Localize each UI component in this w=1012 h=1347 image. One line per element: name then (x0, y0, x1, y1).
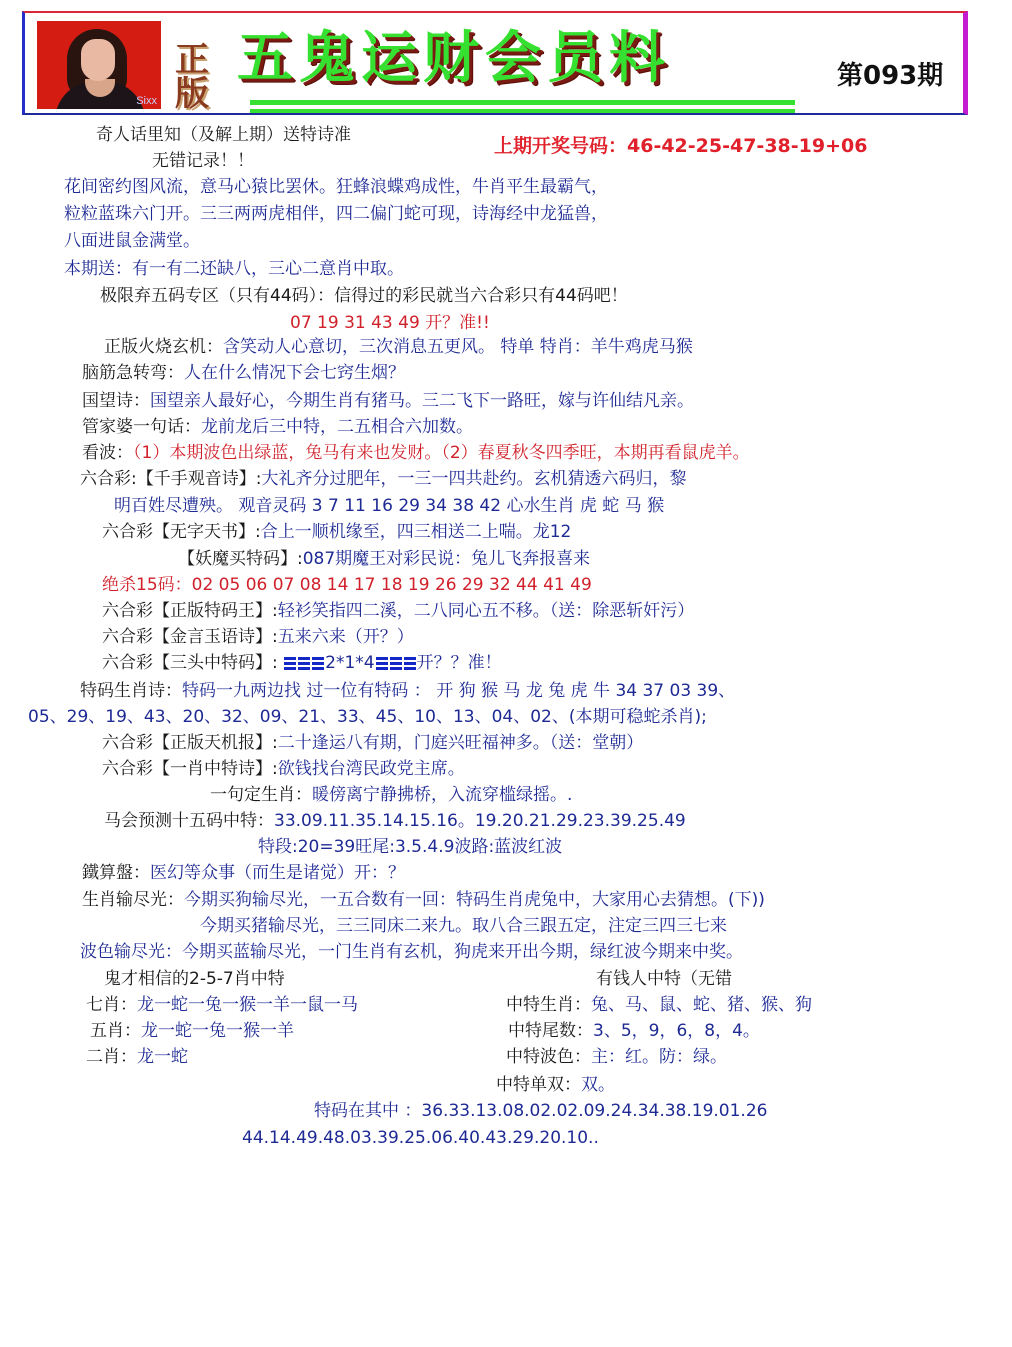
bar-glyph-icon (283, 652, 325, 674)
last-draw-numbers: 46-42-25-47-38-19+06 (627, 135, 867, 157)
poem-line-3: 八面进鼠金满堂。 (64, 230, 200, 252)
left-block-row: 五肖：龙一蛇一兔一猴一羊 (90, 1020, 294, 1042)
shuxiao-row-2: 今期买猪输尽光，三三同床二来九。取八合三跟五定，注定三四三七来 (200, 915, 727, 937)
wuzi-row: 六合彩【无字天书】:合上一顺机缘至，四三相送二上喘。龙12 (102, 521, 571, 543)
yiju-row: 一句定生肖：暖傍离宁静拂桥，入流穿槛绿摇。. (210, 784, 572, 806)
mahui-row: 马会预测十五码中特：33.09.11.35.14.15.16。19.20.21.… (104, 810, 686, 832)
page-title: 五鬼运财会员料 (237, 27, 671, 91)
bar-glyph-icon (375, 652, 417, 674)
santou-row: 六合彩【三头中特码】: 2*1*4开？？准！ (102, 652, 502, 674)
zheng-ban-mark: 正版 (175, 43, 225, 113)
tema-wang-row: 六合彩【正版特码王】:轻衫笑指四二溪，二八同心五不移。（送：除恶斩奸污） (102, 600, 694, 622)
guowang-row: 国望诗：国望亲人最好心，今期生肖有猪马。三二飞下一路旺，嫁与许仙结凡亲。 (82, 390, 694, 412)
yixiao-row: 六合彩【一肖中特诗】:欲钱找台湾民政党主席。 (102, 758, 465, 780)
poem-line-1: 花间密约图风流，意马心猿比罢休。狂蜂浪蝶鸡成性，牛肖平生最霸气， (64, 176, 608, 198)
naojin-row: 脑筋急转弯：人在什么情况下会七窍生烟？ (82, 362, 405, 384)
bose-row: 波色输尽光：今期买蓝输尽光，一门生肖有玄机，狗虎来开出今期，绿红波今期来中奖。 (80, 941, 743, 963)
right-block-row: 中特波色：主：红。防：绿。 (506, 1046, 727, 1068)
huoshao-row: 正版火烧玄机：含笑动人心意切，三次消息五更风。 特单 特肖：羊牛鸡虎马猴 (104, 336, 693, 358)
send-label: 本期送： (64, 259, 132, 279)
last-draw: 上期开奖号码：46-42-25-47-38-19+06 (494, 135, 867, 157)
send-text: 有一有二还缺八，三心二意肖中取。 (132, 259, 404, 279)
title-underline (250, 100, 795, 105)
shengxiao-shi-row: 特码生肖诗：特码一九两边找 过一位有特码 ： 开 狗 猴 马 龙 兔 虎 牛 3… (80, 680, 735, 702)
qianshou-row-2: 明百姓尽遭殃。 观音灵码 3 7 11 16 29 34 38 42 心水生肖 … (114, 495, 664, 517)
guanjia-row: 管家婆一句话：龙前龙后三中特，二五相合六加数。 (82, 416, 473, 438)
qianshou-row: 六合彩:【千手观音诗】:大礼齐分过肥年，一三一四共赴约。玄机猜透六码归，黎 (80, 468, 686, 490)
left-block-title: 鬼才相信的2-5-7肖中特 (104, 968, 285, 990)
kanbo-row: 看波：（1）本期波色出绿蓝，兔马有来也发财。（2）春夏秋冬四季旺，本期再看鼠虎羊… (82, 442, 750, 464)
shuxiao-row: 生肖输尽光：今期买狗输尽光，一五合数有一回：特码生肖虎兔中，大家用心去猜想。(下… (82, 889, 765, 911)
issue-number: 第093期 (837, 55, 943, 92)
right-block-row: 中特单双：双。 (496, 1074, 615, 1096)
portrait-photo: Sixx (37, 21, 161, 109)
title-underline-2 (250, 109, 795, 113)
juesha-row: 绝杀15码：02 05 06 07 08 14 17 18 19 26 29 3… (102, 574, 592, 596)
right-block-row: 中特生肖：兔、马、鼠、蛇、猪、猴、狗 (506, 994, 812, 1016)
teduan-row: 特段:20=39旺尾:3.5.4.9波路:蓝波红波 (258, 836, 562, 858)
right-block-title: 有钱人中特（无错 (596, 968, 732, 990)
tianji-row: 六合彩【正版天机报】:二十逢运八有期，门庭兴旺福神多。（送：堂朝） (102, 732, 643, 754)
jixian-numbers: 07 19 31 43 49 开？准!! (290, 312, 490, 334)
tema-row-1: 特码在其中 ：36.33.13.08.02.02.09.24.34.38.19.… (314, 1100, 767, 1122)
yaomo-row: 【妖魔买特码】:087期魔王对彩民说：兔儿飞奔报喜来 (178, 548, 590, 570)
poem-send: 本期送：有一有二还缺八，三心二意肖中取。 (64, 258, 404, 280)
shengxiao-shi-row-2: 05、29、19、43、20、32、09、21、33、45、10、13、04、0… (28, 706, 707, 728)
jinyan-row: 六合彩【金言玉语诗】:五来六来（开？） (102, 626, 414, 648)
intro-line-1: 奇人话里知（及解上期）送特诗准 (96, 124, 351, 146)
right-block-row: 中特尾数：3、5，9，6，8，4。 (508, 1020, 760, 1042)
poem-line-2: 粒粒蓝珠六门开。三三两两虎相伴，四二偏门蛇可现，诗海经中龙猛兽， (64, 203, 608, 225)
last-draw-label: 上期开奖号码： (494, 135, 627, 157)
tema-row-2: 44.14.49.48.03.39.25.06.40.43.29.20.10.. (242, 1127, 599, 1149)
photo-tag: Sixx (136, 95, 157, 107)
jixian-label: 极限弃五码专区（只有44码）：信得过的彩民就当六合彩只有44码吧！ (100, 285, 628, 307)
left-block-row: 七肖：龙一蛇一兔一猴一羊一鼠一马 (86, 994, 358, 1016)
header-banner: Sixx 正版 五鬼运财会员料 第093期 (22, 11, 968, 115)
tiesuan-row: 鐵算盤：医幻等众事（而生是诸觉）开：？ (82, 862, 405, 884)
intro-line-2: 无错记录！！ (152, 150, 254, 172)
left-block-row: 二肖：龙一蛇 (86, 1046, 188, 1068)
